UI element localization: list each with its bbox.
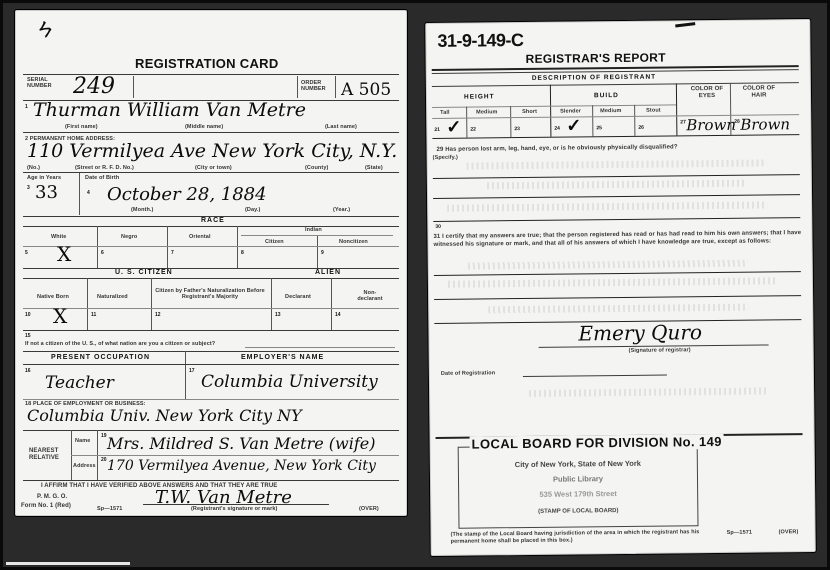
over-label: (OVER) (359, 506, 379, 512)
hair-color-value: Brown (740, 115, 790, 134)
box-number: 8 (241, 250, 244, 256)
box-number: 1 (25, 104, 28, 110)
occupation-heading: PRESENT OCCUPATION (51, 354, 150, 361)
day-label: (Day.) (245, 207, 260, 213)
stamp-note: (The stamp of the Local Board having jur… (451, 529, 701, 546)
box-number: 22 (470, 127, 476, 133)
registrant-full-name: Thurman William Van Metre (33, 99, 306, 121)
box-number: 17 (189, 368, 195, 374)
month-label: (Month.) (131, 207, 153, 213)
build-heading: BUILD (594, 92, 619, 99)
registrar-signature-label: (Signature of registrar) (629, 347, 691, 354)
box-number: 4 (87, 190, 90, 196)
address-sublabel: (Street or R. F. D. No.) (75, 165, 134, 171)
build-col-medium: Medium (600, 108, 621, 114)
address-sublabel: (State) (365, 165, 383, 171)
box-number: 5 (25, 250, 28, 256)
age-label: Age in Years (27, 175, 61, 181)
race-col-white: White (51, 234, 66, 240)
first-name-label: (First name) (65, 124, 98, 130)
form-id-line1: P. M. G. O. (37, 494, 67, 500)
last-name-label: (Last name) (325, 124, 357, 130)
height-col-tall: Tall (440, 110, 450, 116)
registrar-signature: Emery Quro (578, 320, 702, 345)
form-id-line2: Form No. 1 (Red) (21, 503, 71, 509)
hair-heading: COLOR OF HAIR (742, 85, 776, 99)
eyes-heading: COLOR OF EYES (690, 86, 724, 100)
description-heading: DESCRIPTION OF REGISTRANT (532, 74, 656, 82)
race-col-indian-citizen: Citizen (265, 239, 284, 245)
serial-number-value: 249 (73, 74, 115, 99)
race-col-negro: Negro (121, 234, 137, 240)
build-slender-check: ✓ (566, 115, 581, 136)
form-code-left: Sp—1571 (727, 530, 753, 536)
middle-name-label: (Middle name) (185, 124, 223, 130)
over-label: (OVER) (779, 529, 799, 535)
year-label: (Year.) (333, 207, 350, 213)
q29-specify: (Specify.) (433, 155, 458, 161)
height-col-medium: Medium (476, 109, 497, 115)
height-heading: HEIGHT (464, 93, 495, 100)
box-number: 14 (335, 312, 341, 318)
height-col-short: Short (522, 109, 537, 115)
eye-color-value: Brown (686, 116, 736, 135)
report-code: 31-9-149-C (437, 30, 523, 52)
box-number: 23 (514, 126, 520, 132)
citizen-col-native: Native Born (37, 294, 69, 300)
alien-col-declarant: Declarant (285, 294, 311, 300)
pen-dash-mark (675, 22, 695, 27)
citizen-col-fathers: Citizen by Father's Naturalization Befor… (155, 288, 265, 300)
build-col-slender: Slender (560, 108, 581, 114)
form-code-left: Sp—1571 (97, 506, 122, 512)
native-born-mark: X (53, 304, 67, 328)
address-sublabel: (No.) (27, 165, 40, 171)
nearest-relative-label: NEAREST RELATIVE (29, 448, 65, 462)
box-number: 24 (554, 126, 560, 132)
signature-label: (Registrant's signature or mark) (191, 506, 277, 512)
box-number: 10 (25, 312, 31, 318)
box-number: 11 (91, 312, 96, 318)
race-heading: RACE (201, 217, 225, 224)
box-number: 15 (25, 333, 31, 339)
date-of-registration-label: Date of Registration (441, 370, 495, 377)
race-indian-label: Indian (305, 227, 322, 233)
relative-name-value: Mrs. Mildred S. Van Metre (wife) (107, 434, 375, 453)
report-title: REGISTRAR'S REPORT (526, 51, 666, 66)
box-number: 30 (435, 224, 441, 230)
order-number-value: A 505 (341, 80, 391, 100)
stamp-title: LOCAL BOARD FOR DIVISION No. 149 (470, 434, 724, 452)
box-number: 28 (734, 119, 740, 125)
q31-certification-text: 31 I certify that my answers are true; t… (433, 229, 803, 249)
employer-value: Columbia University (201, 372, 378, 392)
address-sublabel: (County) (305, 165, 328, 171)
place-of-employment-value: Columbia Univ. New York City NY (27, 406, 302, 425)
relative-address-label: Address (73, 463, 96, 469)
employer-heading: EMPLOYER'S NAME (241, 354, 324, 361)
registrars-report-back: 31-9-149-C REGISTRAR'S REPORT DESCRIPTIO… (424, 18, 817, 557)
box-number: 16 (25, 368, 31, 374)
registration-card-front: ㄣ REGISTRATION CARD SERIAL NUMBER 249 OR… (14, 9, 408, 517)
box-number: 9 (321, 250, 324, 256)
us-citizen-heading: U. S. CITIZEN (115, 269, 173, 276)
box-number: 3 (27, 185, 30, 191)
local-board-stamp (458, 444, 699, 529)
box-number: 25 (596, 125, 602, 131)
address-sublabel: (City or town) (195, 165, 232, 171)
q15-text: If not a citizen of the U. S., of what n… (25, 341, 215, 347)
box-number: 13 (275, 312, 281, 318)
box-number: 7 (171, 250, 174, 256)
race-col-oriental: Oriental (189, 234, 211, 240)
occupation-value: Teacher (45, 373, 114, 393)
race-white-mark: X (57, 242, 71, 266)
corner-pen-mark: ㄣ (33, 12, 55, 43)
relative-address-value: 170 Vermilyea Avenue, New York City (107, 458, 376, 474)
box-number: 20 (101, 457, 107, 463)
alien-col-nondeclarant: Non-declarant (355, 290, 385, 302)
q29-text: 29 Has person lost arm, leg, hand, eye, … (437, 144, 678, 153)
order-number-label: ORDER NUMBER (301, 80, 331, 92)
relative-name-label: Name (75, 438, 90, 444)
card-title: REGISTRATION CARD (135, 56, 279, 71)
box-number: 21 (434, 127, 440, 133)
age-value: 33 (35, 182, 58, 203)
dob-label: Date of Birth (85, 175, 119, 181)
box-number: 12 (155, 312, 161, 318)
home-address-value: 110 Vermilyea Ave New York City, N.Y. (27, 140, 397, 162)
box-number: 27 (680, 119, 686, 125)
box-number: 19 (101, 433, 107, 439)
box-number: 6 (101, 250, 104, 256)
citizen-col-naturalized: Naturalized (97, 294, 128, 300)
box-number: 26 (638, 125, 644, 131)
race-col-indian-noncitizen: Noncitizen (339, 239, 368, 245)
height-tall-check: ✓ (446, 117, 461, 138)
serial-number-label: SERIAL NUMBER (27, 77, 57, 89)
dob-value: October 28, 1884 (107, 184, 267, 205)
scan-progress-bar (6, 562, 130, 565)
build-col-stout: Stout (646, 108, 661, 114)
alien-heading: ALIEN (315, 269, 341, 276)
